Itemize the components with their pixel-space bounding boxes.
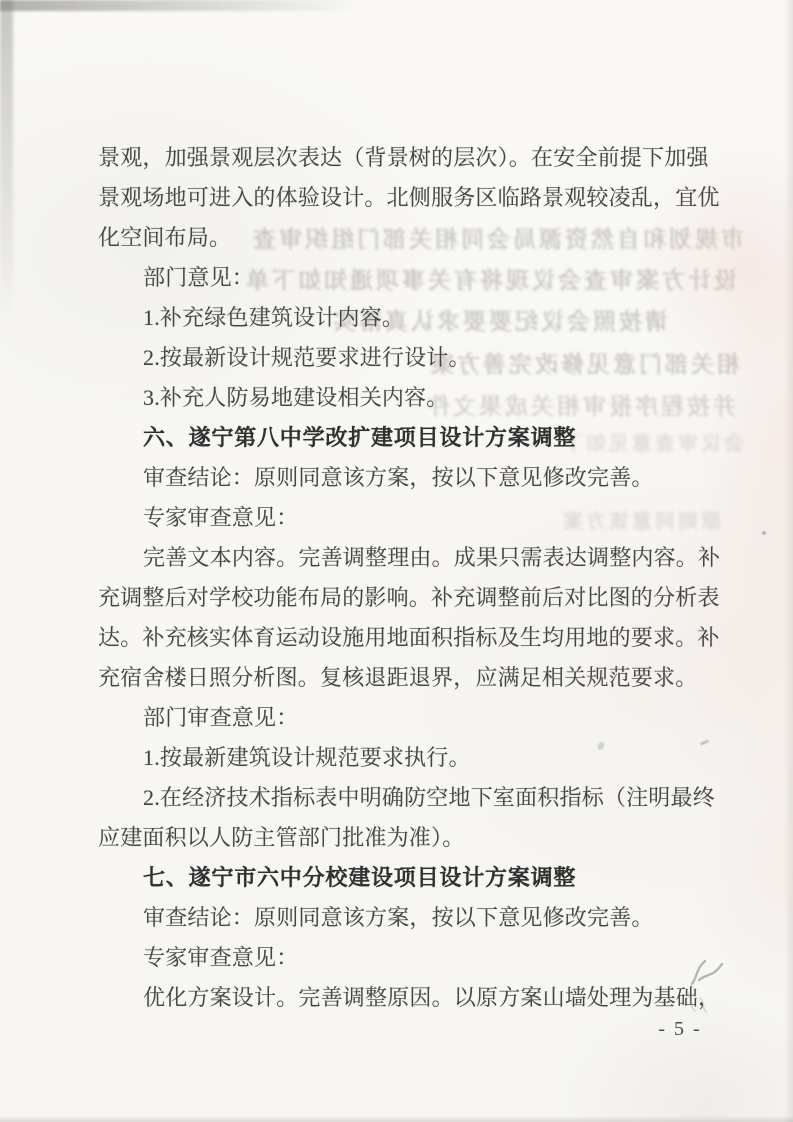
document-line: 景观，加强景观层次表达（背景树的层次）。在安全前提下加强 [98, 138, 728, 178]
document-line: 充宿舍楼日照分析图。复核退距退界，应满足相关规范要求。 [98, 658, 728, 698]
scanned-document-page: 市规划和自然资源局会同相关部门组织审查 设计方案审查会议现将有关事项通知如下单 … [0, 0, 793, 1122]
document-line: 达。补充核实体育运动设施用地面积指标及生均用地的要求。补 [98, 618, 728, 658]
document-line: 应建面积以人防主管部门批准为准）。 [98, 818, 728, 858]
document-line: 化空间布局。 [98, 218, 728, 258]
page-number: - 5 - [650, 1018, 710, 1041]
scan-edge-shadow-bottom [0, 1116, 793, 1122]
document-line: 完善文本内容。完善调整理由。成果只需表达调整内容。补 [98, 538, 728, 578]
section-heading: 六、遂宁第八中学改扩建项目设计方案调整 [98, 418, 728, 458]
document-line: 部门审查意见： [98, 698, 728, 738]
section-heading: 七、遂宁市六中分校建设项目设计方案调整 [98, 858, 728, 898]
document-line: 专家审查意见： [98, 938, 728, 978]
scan-edge-shadow-left [0, 0, 13, 320]
document-body: 景观，加强景观层次表达（背景树的层次）。在安全前提下加强 景观场地可进入的体验设… [98, 138, 728, 1018]
pen-mark-artifact [678, 948, 730, 1020]
list-item: 3.补充人防易地建设相关内容。 [98, 378, 728, 418]
pen-mark-artifact [762, 531, 766, 535]
document-line: 审查结论：原则同意该方案，按以下意见修改完善。 [98, 458, 728, 498]
document-line: 优化方案设计。完善调整原因。以原方案山墙处理为基础， [98, 978, 728, 1018]
list-item: 2.在经济技术指标表中明确防空地下室面积指标（注明最终 [98, 778, 728, 818]
list-item: 1.按最新建筑设计规范要求执行。 [98, 738, 728, 778]
document-line: 部门意见： [98, 258, 728, 298]
document-line: 充调整后对学校功能布局的影响。补充调整前后对比图的分析表 [98, 578, 728, 618]
scan-edge-shadow-top [0, 0, 360, 11]
document-line: 专家审查意见： [98, 498, 728, 538]
list-item: 1.补充绿色建筑设计内容。 [98, 298, 728, 338]
list-item: 2.按最新设计规范要求进行设计。 [98, 338, 728, 378]
document-line: 景观场地可进入的体验设计。北侧服务区临路景观较凌乱，宜优 [98, 178, 728, 218]
document-line: 审查结论：原则同意该方案，按以下意见修改完善。 [98, 898, 728, 938]
scan-edge-shadow-right [784, 0, 793, 1122]
